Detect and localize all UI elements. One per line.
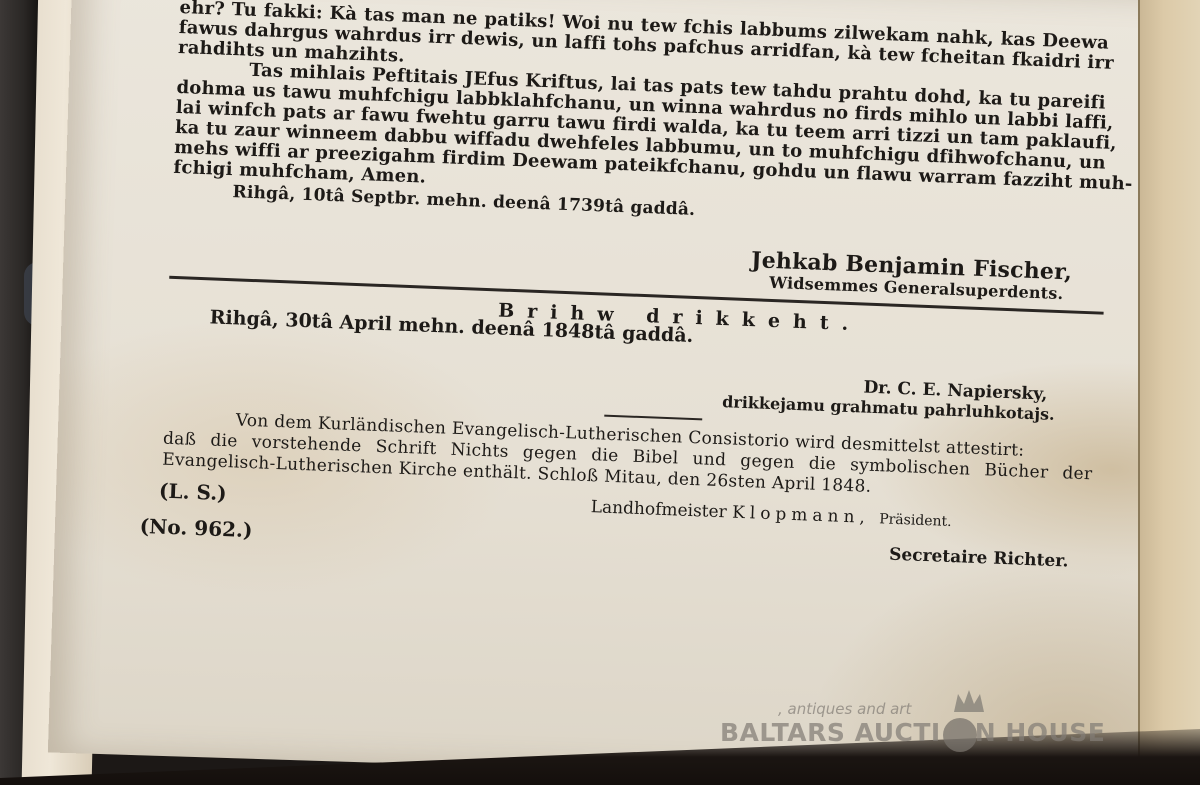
secretary-signature: Secretaire Richter. bbox=[889, 545, 1069, 572]
short-divider bbox=[604, 415, 702, 421]
watermark-tagline: , antiques and art bbox=[778, 700, 911, 718]
president-signature: Landhofmeister Klopmann, Präsident. bbox=[590, 497, 952, 531]
document-number: (No. 962.) bbox=[139, 514, 253, 542]
president-role: Präsident. bbox=[879, 511, 952, 530]
president-surname: Klopmann, bbox=[732, 503, 870, 528]
photo-scene: ehr? Tu fakki: Kà tas man ne patiks! Woi… bbox=[0, 0, 1200, 785]
watermark-name-part-1: BALTARS AUCTI bbox=[720, 718, 941, 747]
president-rank: Landhofmeister bbox=[590, 497, 727, 522]
watermark-name-part-2: N HOUSE bbox=[975, 718, 1106, 747]
crown-icon bbox=[952, 688, 986, 714]
watermark-circle-logo bbox=[943, 718, 977, 752]
facing-page-edge bbox=[1138, 0, 1200, 785]
printed-text-block: ehr? Tu fakki: Kà tas man ne patiks! Woi… bbox=[159, 0, 1109, 576]
watermark-name: BALTARS AUCTIN HOUSE bbox=[720, 718, 1105, 747]
seal-mark: (L. S.) bbox=[159, 479, 227, 506]
